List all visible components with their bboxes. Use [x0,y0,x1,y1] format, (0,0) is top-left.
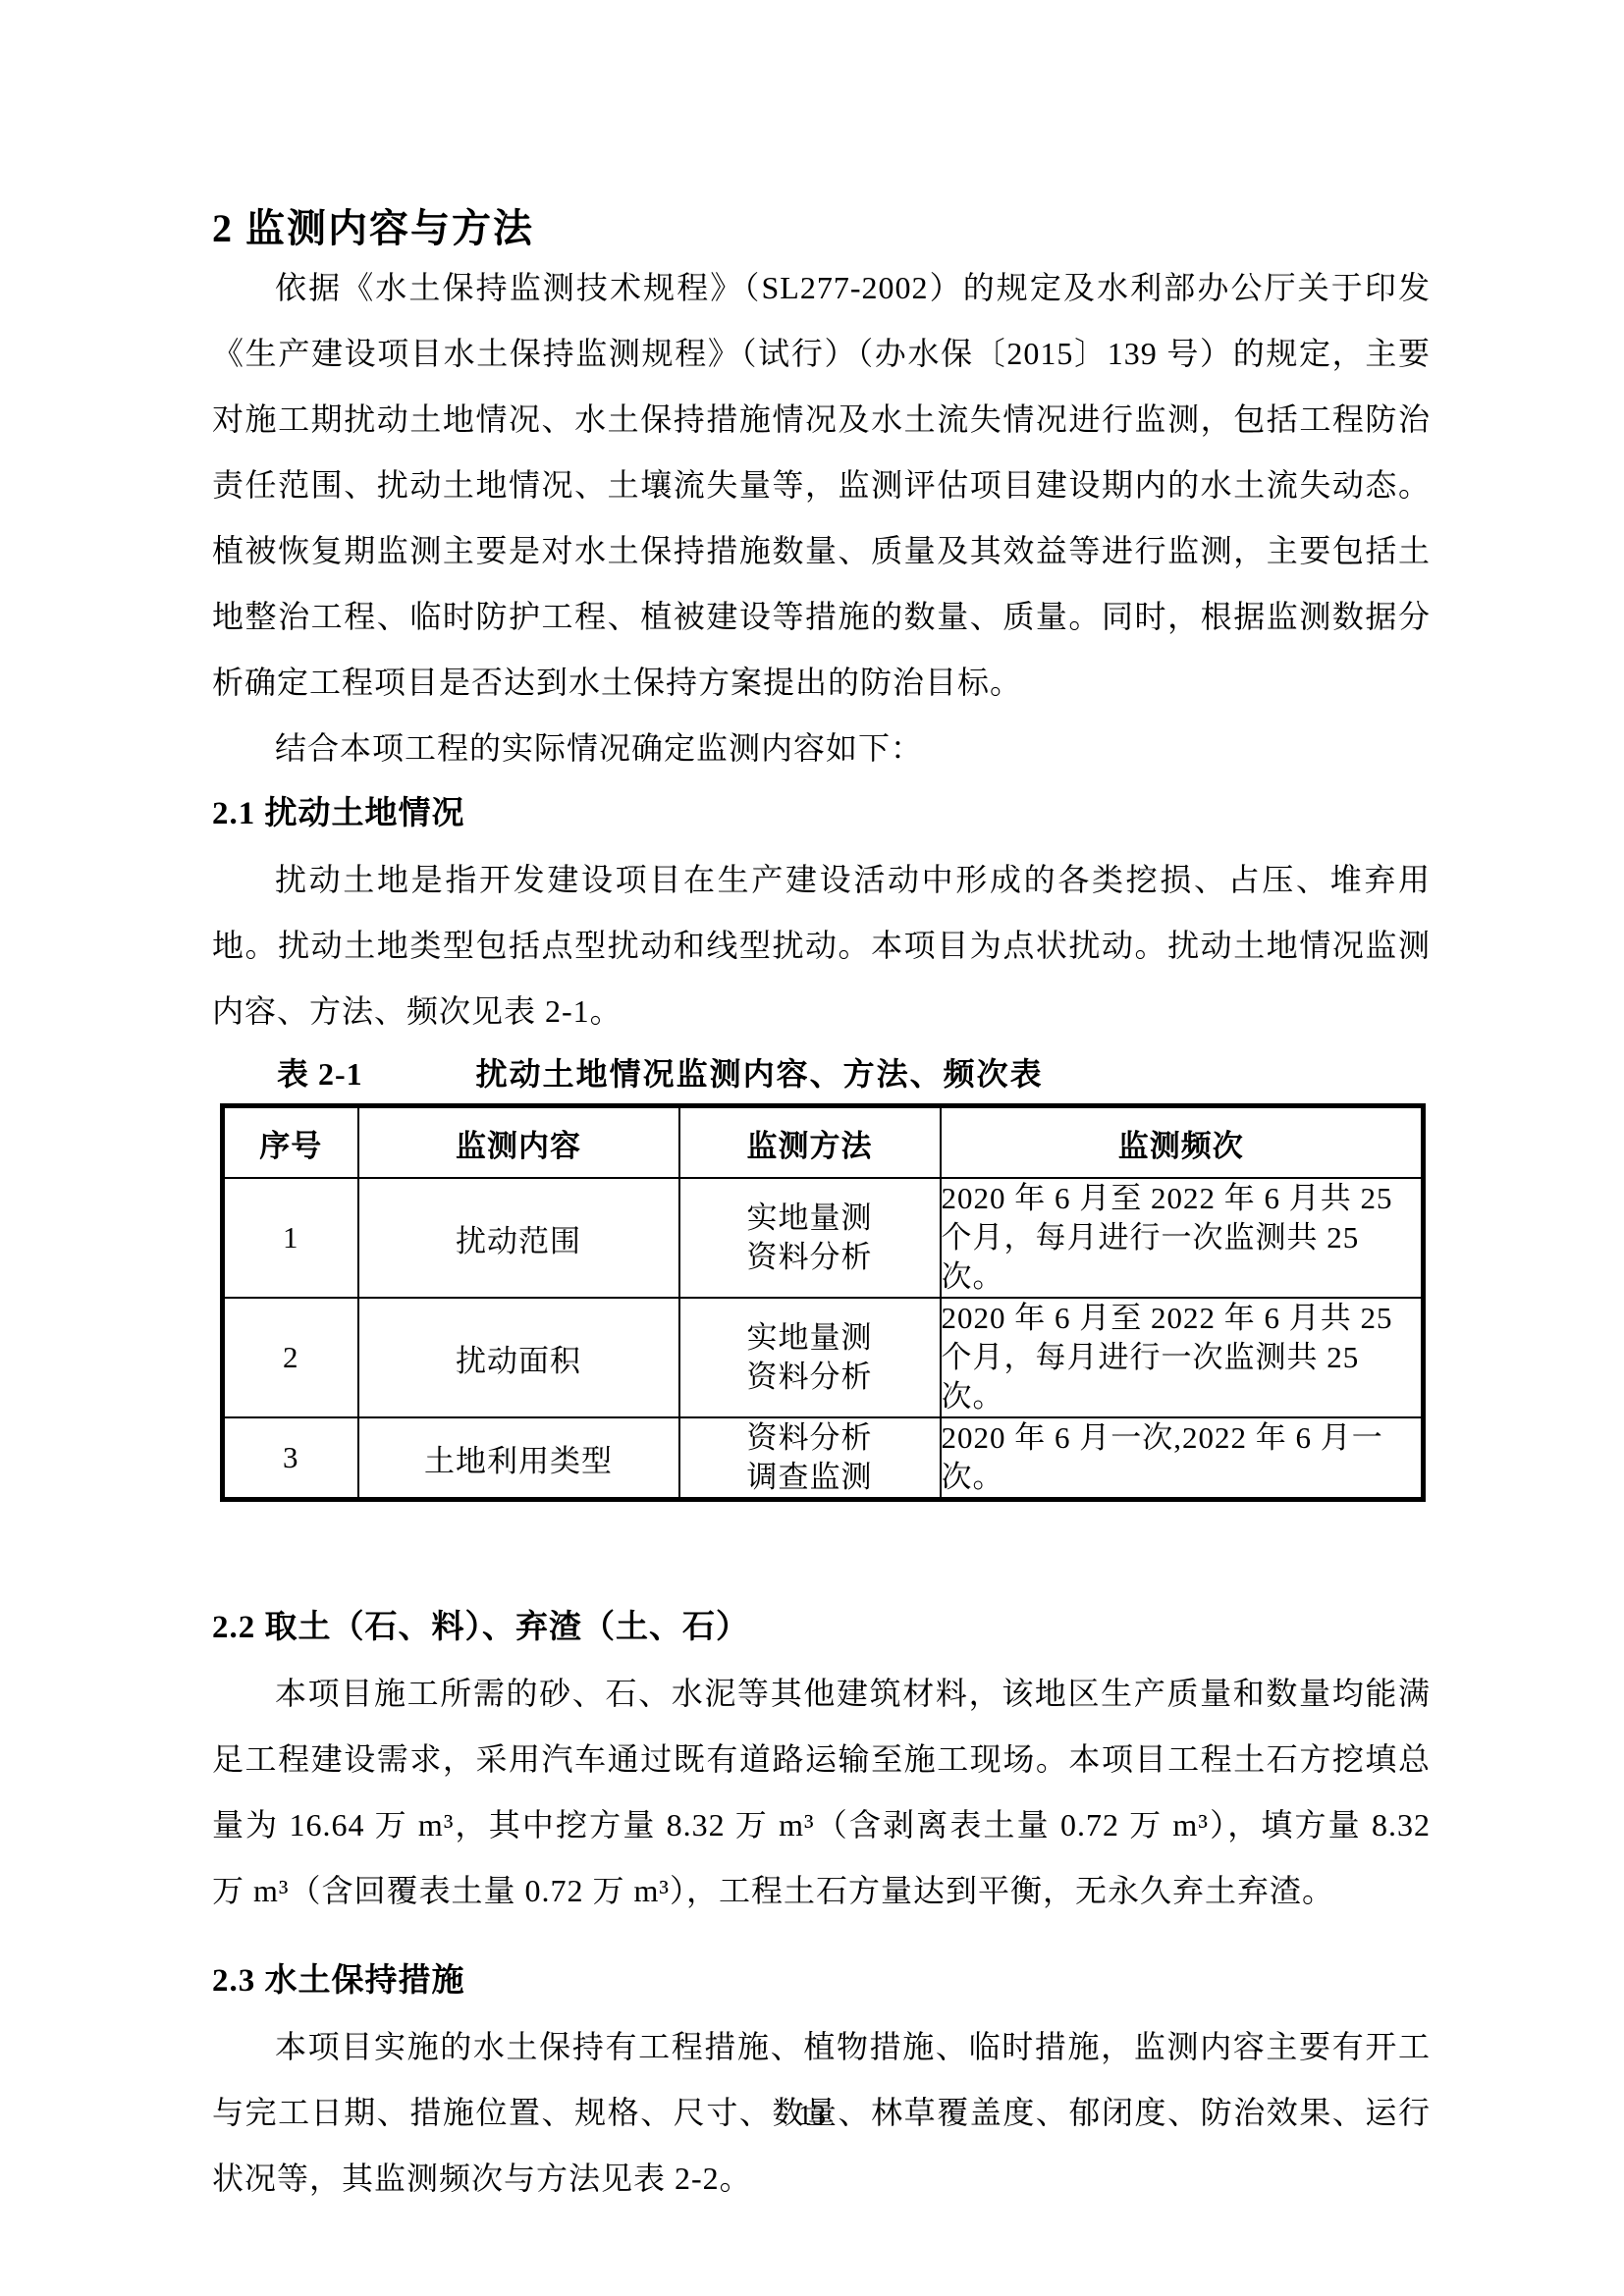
cell-monitor-method: 实地量测 资料分析 [679,1178,941,1298]
cell-monitor-content: 土地利用类型 [358,1417,679,1500]
table-row: 2 扰动面积 实地量测 资料分析 2020 年 6 月至 2022 年 6 月共… [223,1298,1424,1417]
table-row: 3 土地利用类型 资料分析 调查监测 2020 年 6 月一次,2022 年 6… [223,1417,1424,1500]
paragraph-2-2: 本项目施工所需的砂、石、水泥等其他建筑材料，该地区生产质量和数量均能满足工程建设… [212,1661,1431,1924]
method-line: 调查监测 [680,1458,940,1497]
spacer [212,1502,1431,1561]
cell-row-number: 1 [223,1178,358,1298]
header-cell-index: 序号 [223,1106,358,1179]
header-cell-content: 监测内容 [358,1106,679,1179]
method-line: 资料分析 [680,1358,940,1397]
table-header-row: 序号 监测内容 监测方法 监测频次 [223,1106,1424,1179]
cell-monitor-content: 扰动范围 [358,1178,679,1298]
method-line: 实地量测 [680,1199,940,1238]
header-cell-frequency: 监测频次 [941,1106,1424,1179]
table-caption-label: 表 2-1 [277,1044,363,1103]
cell-monitor-method: 资料分析 调查监测 [679,1417,941,1500]
section-heading-2-2: 2.2 取土（石、料）、弃渣（土、石） [212,1595,1431,1661]
table-caption: 表 2-1 扰动土地情况监测内容、方法、频次表 [212,1044,1431,1103]
header-cell-method: 监测方法 [679,1106,941,1179]
paragraph-lead-in: 结合本项工程的实际情况确定监测内容如下： [212,716,1431,781]
table-caption-title: 扰动土地情况监测内容、方法、频次表 [476,1044,1044,1103]
monitoring-table: 序号 监测内容 监测方法 监测频次 1 扰动范围 实地量测 资料分析 2020 … [220,1103,1426,1502]
cell-monitor-content: 扰动面积 [358,1298,679,1417]
cell-row-number: 3 [223,1417,358,1500]
cell-monitor-method: 实地量测 资料分析 [679,1298,941,1417]
table-row: 1 扰动范围 实地量测 资料分析 2020 年 6 月至 2022 年 6 月共… [223,1178,1424,1298]
page-number: 13 [0,2101,1624,2132]
cell-monitor-frequency: 2020 年 6 月至 2022 年 6 月共 25 个月，每月进行一次监测共 … [941,1298,1424,1417]
paragraph-intro: 依据《水土保持监测技术规程》（SL277-2002）的规定及水利部办公厅关于印发… [212,255,1431,716]
cell-monitor-frequency: 2020 年 6 月至 2022 年 6 月共 25 个月，每月进行一次监测共 … [941,1178,1424,1298]
chapter-title: 2 监测内容与方法 [212,201,1431,255]
page-content: 2 监测内容与方法 依据《水土保持监测技术规程》（SL277-2002）的规定及… [212,201,1431,2212]
paragraph-2-1: 扰动土地是指开发建设项目在生产建设活动中形成的各类挖损、占压、堆弃用地。扰动土地… [212,847,1431,1044]
method-line: 资料分析 [680,1418,940,1458]
method-line: 资料分析 [680,1238,940,1277]
cell-monitor-frequency: 2020 年 6 月一次,2022 年 6 月一次。 [941,1417,1424,1500]
cell-row-number: 2 [223,1298,358,1417]
section-heading-2-1: 2.1 扰动土地情况 [212,781,1431,847]
method-line: 实地量测 [680,1318,940,1358]
section-heading-2-3: 2.3 水土保持措施 [212,1949,1431,2014]
